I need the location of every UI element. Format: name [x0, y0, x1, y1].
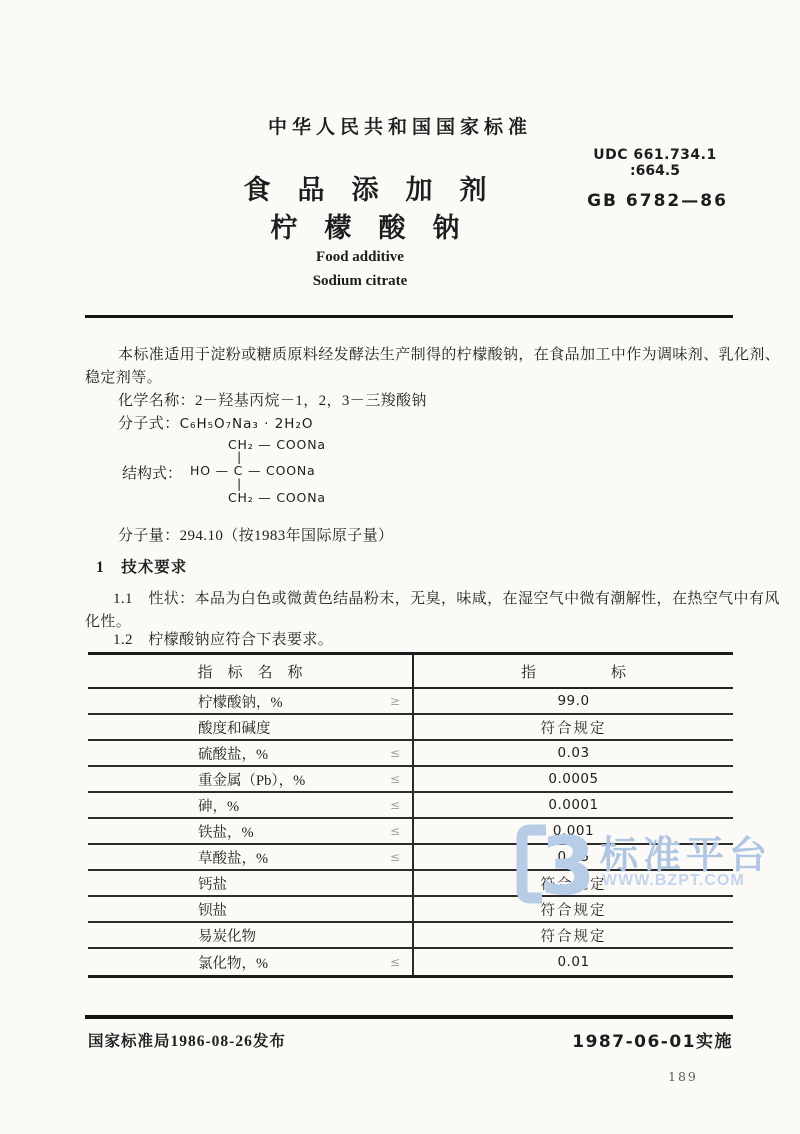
spec-name: 氯化物，%: [198, 952, 268, 973]
footer-issued-by: 国家标准局1986-08-26发布: [88, 1029, 286, 1051]
clause-1-2: 1.2 柠檬酸钠应符合下表要求。: [113, 628, 333, 649]
spec-name: 钙盐: [198, 873, 227, 894]
spec-name: 重金属（Pb），%: [198, 769, 305, 790]
scope-paragraph-line2: 稳定剂等。: [85, 366, 162, 387]
relation-symbol: ≥: [390, 694, 400, 708]
structure-formula-label: 结构式：: [122, 462, 182, 483]
molecular-formula-line: 分子式：C₆H₅O₇Na₃ · 2H₂O: [118, 412, 313, 433]
english-title-line1: Food additive: [0, 249, 720, 266]
national-standard-heading: 中华人民共和国国家标准: [0, 112, 800, 139]
spec-name-cell: 钡盐: [88, 897, 414, 921]
relation-symbol: ≤: [390, 772, 400, 786]
table-row: 重金属（Pb），%≤0.0005: [88, 767, 733, 793]
spec-value: 0.0001: [414, 793, 733, 817]
spec-name-cell: 钙盐: [88, 871, 414, 895]
spec-name: 易炭化物: [198, 925, 256, 946]
page-number: 189: [668, 1069, 698, 1084]
relation-symbol: ≤: [390, 746, 400, 760]
relation-symbol: ≤: [390, 798, 400, 812]
relation-symbol: ≤: [390, 824, 400, 838]
table-row: 酸度和碱度符合规定: [88, 715, 733, 741]
table-header-row: 指 标 名 称 指 标: [88, 655, 733, 689]
spec-value: 符合规定: [414, 871, 733, 895]
spec-name: 硫酸盐，%: [198, 743, 268, 764]
table-body: 柠檬酸钠，%≥99.0酸度和碱度符合规定硫酸盐，%≤0.03重金属（Pb），%≤…: [88, 689, 733, 975]
chemical-name-line: 化学名称：2－羟基丙烷－1，2，3－三羧酸钠: [118, 389, 427, 410]
spec-value: 符合规定: [414, 923, 733, 947]
footer-implementation-date: 1987-06-01实施: [572, 1027, 733, 1052]
spec-value: 0.01: [414, 949, 733, 975]
table-row: 砷，%≤0.0001: [88, 793, 733, 819]
spec-name-cell: 柠檬酸钠，%≥: [88, 689, 414, 713]
udc-number-line2: :664.5: [575, 163, 735, 179]
spec-name-cell: 重金属（Pb），%≤: [88, 767, 414, 791]
spec-name-cell: 草酸盐，%≤: [88, 845, 414, 869]
standard-number: GB 6782—86: [575, 191, 740, 211]
spec-name: 柠檬酸钠，%: [198, 691, 283, 712]
molecular-weight-line: 分子量：294.10（按1983年国际原子量）: [118, 524, 393, 545]
table-row: 氯化物，%≤0.01: [88, 949, 733, 975]
udc-number-line1: UDC 661.734.1: [575, 147, 735, 163]
spec-name: 砷，%: [198, 795, 239, 816]
spec-name-cell: 氯化物，%≤: [88, 949, 414, 975]
scope-paragraph-line1: 本标准适用于淀粉或糖质原料经发酵法生产制得的柠檬酸钠，在食品加工中作为调味剂、乳…: [118, 343, 780, 364]
footer-divider-rule: [85, 1015, 733, 1019]
document-title-line2: 柠 檬 酸 钠: [0, 206, 730, 245]
spec-name: 酸度和碱度: [198, 717, 271, 738]
table-row: 钙盐符合规定: [88, 871, 733, 897]
table-row: 硫酸盐，%≤0.03: [88, 741, 733, 767]
table-row: 草酸盐，%≤0.05: [88, 845, 733, 871]
spec-value: 符合规定: [414, 897, 733, 921]
spec-value: 0.001: [414, 819, 733, 843]
column-header-spec-name: 指 标 名 称: [88, 655, 414, 687]
structure-bond-lower: |: [237, 476, 242, 491]
table-row: 钡盐符合规定: [88, 897, 733, 923]
spec-name-cell: 易炭化物: [88, 923, 414, 947]
spec-name-cell: 硫酸盐，%≤: [88, 741, 414, 765]
standard-document-page: 中华人民共和国国家标准 食 品 添 加 剂 柠 檬 酸 钠 Food addit…: [0, 0, 800, 1134]
spec-name-cell: 砷，%≤: [88, 793, 414, 817]
column-header-spec-value: 指 标: [414, 655, 733, 687]
table-row: 易炭化物符合规定: [88, 923, 733, 949]
english-title-line2: Sodium citrate: [0, 273, 720, 290]
molecular-formula-label: 分子式：: [118, 416, 180, 432]
header-divider-rule: [85, 315, 733, 318]
table-row: 柠檬酸钠，%≥99.0: [88, 689, 733, 715]
molecular-formula: C₆H₅O₇Na₃ · 2H₂O: [180, 416, 314, 432]
relation-symbol: ≤: [390, 850, 400, 864]
spec-name: 草酸盐，%: [198, 847, 268, 868]
spec-name: 钡盐: [198, 899, 227, 920]
clause-1-1-line1: 1.1 性状：本品为白色或微黄色结晶粉末，无臭，味咸，在湿空气中微有潮解性，在热…: [113, 587, 780, 608]
spec-value: 0.0005: [414, 767, 733, 791]
structure-center-chain: HO — C — COONa: [190, 463, 315, 478]
spec-value: 符合规定: [414, 715, 733, 739]
structure-top-branch: CH₂ — COONa: [228, 437, 326, 452]
section-1-heading: 1 技术要求: [96, 555, 187, 577]
requirements-table: 指 标 名 称 指 标 柠檬酸钠，%≥99.0酸度和碱度符合规定硫酸盐，%≤0.…: [88, 652, 733, 978]
structure-bottom-branch: CH₂ — COONa: [228, 490, 326, 505]
relation-symbol: ≤: [390, 955, 400, 969]
spec-name-cell: 酸度和碱度: [88, 715, 414, 739]
structure-bond-upper: |: [237, 449, 242, 464]
spec-name-cell: 铁盐，%≤: [88, 819, 414, 843]
spec-value: 0.05: [414, 845, 733, 869]
spec-name: 铁盐，%: [198, 821, 254, 842]
table-row: 铁盐，%≤0.001: [88, 819, 733, 845]
spec-value: 0.03: [414, 741, 733, 765]
spec-value: 99.0: [414, 689, 733, 713]
